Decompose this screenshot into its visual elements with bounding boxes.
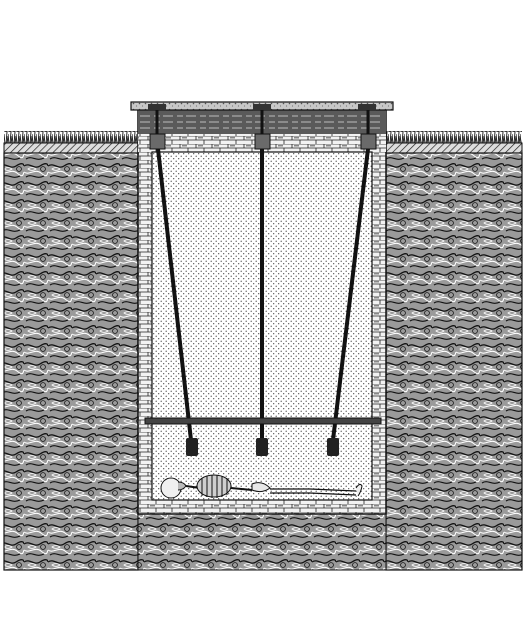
cross-beam xyxy=(145,418,381,424)
stone-lid xyxy=(131,102,393,111)
soil-bottom xyxy=(138,514,386,570)
soil-right xyxy=(386,131,522,570)
soil-left xyxy=(4,131,138,570)
grave-cross-section-illustration xyxy=(0,0,528,644)
